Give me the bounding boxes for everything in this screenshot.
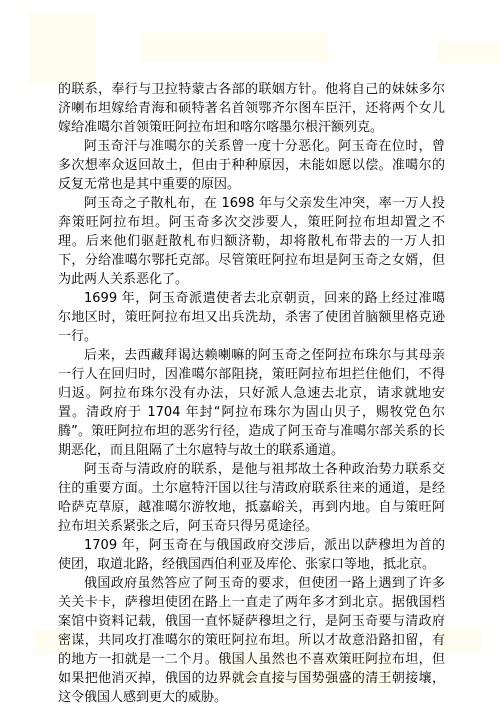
scan-artifact	[140, 33, 328, 62]
scan-artifact	[29, 13, 96, 84]
page-text: 的联系，奉行与卫拉特蒙古各部的联姻方针。他将自己的妹妹多尔济喇布坦嫁给青海和硕特…	[58, 80, 445, 707]
scan-artifact	[437, 42, 501, 63]
paragraph: 1699 年，阿玉奇派遣使者去北京朝贡，回来的路上经过准噶尔地区时，策旺阿拉布坦…	[58, 289, 445, 346]
paragraph: 后来，去西藏拜谒达赖喇嘛的阿玉奇之侄阿拉布珠尔与其母亲一行人在回归时，因准噶尔部…	[58, 346, 445, 460]
scanned-book-page: 的联系，奉行与卫拉特蒙古各部的联姻方针。他将自己的妹妹多尔济喇布坦嫁给青海和硕特…	[0, 0, 501, 711]
paragraph: 俄国政府虽然答应了阿玉奇的要求，但使团一路上遇到了许多关关卡卡，萨穆坦使团在路上…	[58, 574, 445, 707]
paragraph-continuation: 的联系，奉行与卫拉特蒙古各部的联姻方针。他将自己的妹妹多尔济喇布坦嫁给青海和硕特…	[58, 80, 445, 137]
paragraph: 阿玉奇汗与准噶尔的关系曾一度十分恶化。阿玉奇在位时，曾多次想率众返回故土，但由于…	[58, 137, 445, 194]
paragraph: 1709 年，阿玉奇在与俄国政府交涉后，派出以萨穆坦为首的使团，取道北路，经俄国…	[58, 536, 445, 574]
paragraph: 阿玉奇之子散札布，在 1698 年与父亲发生冲突，率一万人投奔策旺阿拉布坦。阿玉…	[58, 194, 445, 289]
paragraph: 阿玉奇与清政府的联系，是他与祖邦故土各种政治势力联系交往的重要方面。土尔扈特汗国…	[58, 460, 445, 536]
